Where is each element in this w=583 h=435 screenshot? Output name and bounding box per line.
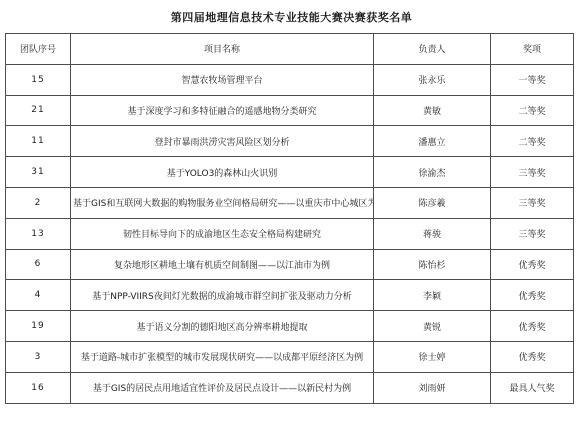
table-row: 4 基于NPP-VIIRS夜间灯光数据的成渝城市群空间扩张及驱动力分析 李颖 优…	[6, 280, 574, 311]
project-name-cell: 基于道路-城市扩张模型的城市发展现状研究——以成都平原经济区为例	[71, 341, 374, 372]
leader-cell: 刘雨妍	[374, 372, 491, 403]
table-row: 3 基于道路-城市扩张模型的城市发展现状研究——以成都平原经济区为例 徐士婷 优…	[6, 341, 574, 372]
project-name-cell: 基于GIS和互联网大数据的购物服务业空间格局研究——以重庆市中心城区为例	[71, 187, 374, 218]
leader-cell: 徐渝杰	[374, 157, 491, 188]
leader-cell: 蒋骏	[374, 218, 491, 249]
leader-cell: 李颖	[374, 280, 491, 311]
project-name-cell: 基于YOLO3的森林山火识别	[71, 157, 374, 188]
table-row: 6 复杂地形区耕地土壤有机质空间制图——以江油市为例 陈怡杉 优秀奖	[6, 249, 574, 280]
team-number-cell: 21	[6, 95, 71, 126]
award-cell: 优秀奖	[491, 249, 574, 280]
project-name-cell: 基于语义分割的德阳地区高分辨率耕地提取	[71, 311, 374, 342]
table-row: 16 基于GIS的居民点用地适宜性评价及居民点设计——以新民村为例 刘雨妍 最具…	[6, 372, 574, 403]
table-row: 2 基于GIS和互联网大数据的购物服务业空间格局研究——以重庆市中心城区为例 陈…	[6, 187, 574, 218]
award-cell: 一等奖	[491, 64, 574, 95]
team-number-cell: 19	[6, 311, 71, 342]
award-cell: 三等奖	[491, 187, 574, 218]
award-cell: 优秀奖	[491, 280, 574, 311]
header-row: 团队序号 项目名称 负责人 奖项	[6, 34, 574, 65]
header-leader: 负责人	[374, 34, 491, 65]
team-number-cell: 15	[6, 64, 71, 95]
table-row: 31 基于YOLO3的森林山火识别 徐渝杰 三等奖	[6, 157, 574, 188]
project-name-cell: 登封市暴雨洪涝灾害风险区划分析	[71, 126, 374, 157]
award-cell: 优秀奖	[491, 341, 574, 372]
table-body: 15 智慧农牧场管理平台 张永乐 一等奖 21 基于深度学习和多特征融合的遥感地…	[6, 64, 574, 403]
award-cell: 三等奖	[491, 218, 574, 249]
page-title: 第四届地理信息技术专业技能大赛决赛获奖名单	[0, 0, 583, 25]
team-number-cell: 2	[6, 187, 71, 218]
leader-cell: 黄锐	[374, 311, 491, 342]
leader-cell: 陈怡杉	[374, 249, 491, 280]
page: 第四届地理信息技术专业技能大赛决赛获奖名单 团队序号 项目名称 负责人 奖项 1…	[0, 0, 583, 435]
leader-cell: 张永乐	[374, 64, 491, 95]
award-cell: 优秀奖	[491, 311, 574, 342]
leader-cell: 陈彦羲	[374, 187, 491, 218]
table-row: 19 基于语义分割的德阳地区高分辨率耕地提取 黄锐 优秀奖	[6, 311, 574, 342]
team-number-cell: 11	[6, 126, 71, 157]
leader-cell: 徐士婷	[374, 341, 491, 372]
project-name-cell: 基于NPP-VIIRS夜间灯光数据的成渝城市群空间扩张及驱动力分析	[71, 280, 374, 311]
project-name-cell: 基于GIS的居民点用地适宜性评价及居民点设计——以新民村为例	[71, 372, 374, 403]
team-number-cell: 3	[6, 341, 71, 372]
leader-cell: 黄敏	[374, 95, 491, 126]
team-number-cell: 31	[6, 157, 71, 188]
table-row: 11 登封市暴雨洪涝灾害风险区划分析 潘惠立 二等奖	[6, 126, 574, 157]
award-cell: 最具人气奖	[491, 372, 574, 403]
project-name-cell: 智慧农牧场管理平台	[71, 64, 374, 95]
team-number-cell: 16	[6, 372, 71, 403]
project-name-cell: 基于深度学习和多特征融合的遥感地物分类研究	[71, 95, 374, 126]
team-number-cell: 6	[6, 249, 71, 280]
award-cell: 二等奖	[491, 95, 574, 126]
award-cell: 三等奖	[491, 157, 574, 188]
project-name-cell: 复杂地形区耕地土壤有机质空间制图——以江油市为例	[71, 249, 374, 280]
header-team-number: 团队序号	[6, 34, 71, 65]
award-cell: 二等奖	[491, 126, 574, 157]
leader-cell: 潘惠立	[374, 126, 491, 157]
table-row: 15 智慧农牧场管理平台 张永乐 一等奖	[6, 64, 574, 95]
team-number-cell: 13	[6, 218, 71, 249]
header-project-name: 项目名称	[71, 34, 374, 65]
project-name-cell: 韧性目标导向下的成渝地区生态安全格局构建研究	[71, 218, 374, 249]
team-number-cell: 4	[6, 280, 71, 311]
table-row: 13 韧性目标导向下的成渝地区生态安全格局构建研究 蒋骏 三等奖	[6, 218, 574, 249]
table-row: 21 基于深度学习和多特征融合的遥感地物分类研究 黄敏 二等奖	[6, 95, 574, 126]
header-award: 奖项	[491, 34, 574, 65]
awards-table: 团队序号 项目名称 负责人 奖项 15 智慧农牧场管理平台 张永乐 一等奖 21…	[5, 33, 574, 404]
